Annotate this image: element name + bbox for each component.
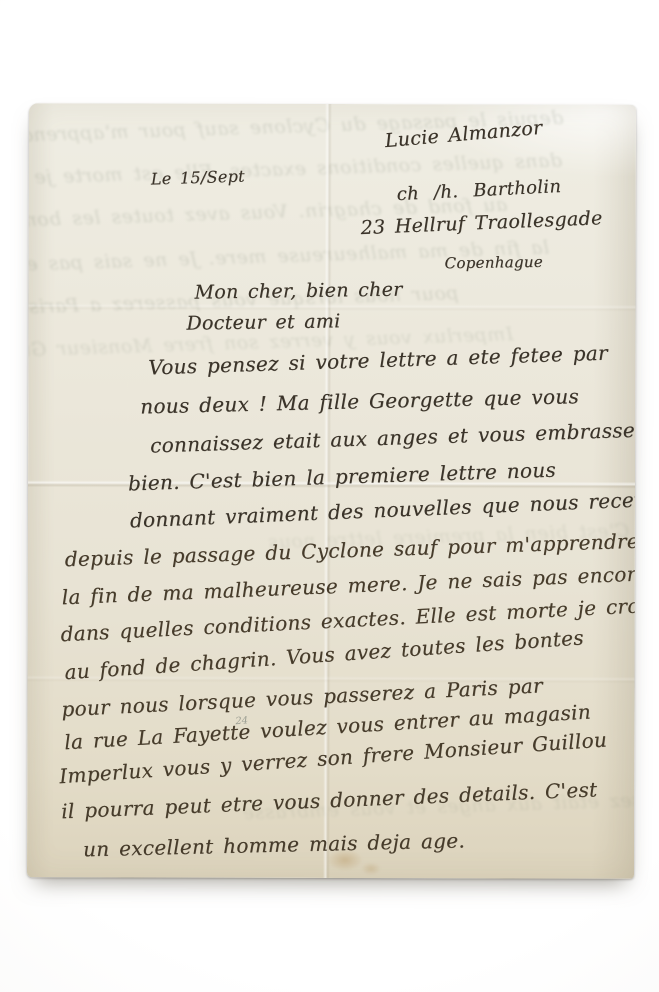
body-line: nous deux ! Ma fille Georgette que vous bbox=[140, 384, 579, 418]
body-line: bien. C'est bien la premiere lettre nous bbox=[128, 458, 557, 496]
sender-care-of-line: ch /h. Bartholin bbox=[396, 176, 561, 205]
letter-page: depuis le passage du Cyclone sauf pour m… bbox=[27, 103, 636, 879]
body-line: connaissez etait aux anges et vous embra… bbox=[150, 418, 636, 458]
letter-photograph: depuis le passage du Cyclone sauf pour m… bbox=[0, 0, 659, 992]
sender-city: Copenhague bbox=[444, 253, 543, 272]
body-line: un excellent homme mais deja age. bbox=[83, 828, 466, 861]
salutation-line: Docteur et ami bbox=[186, 310, 340, 334]
paper-stain bbox=[361, 862, 381, 875]
letter-date: Le 15/Sept bbox=[151, 166, 246, 188]
salutation-line: Mon cher, bien cher bbox=[194, 279, 402, 304]
